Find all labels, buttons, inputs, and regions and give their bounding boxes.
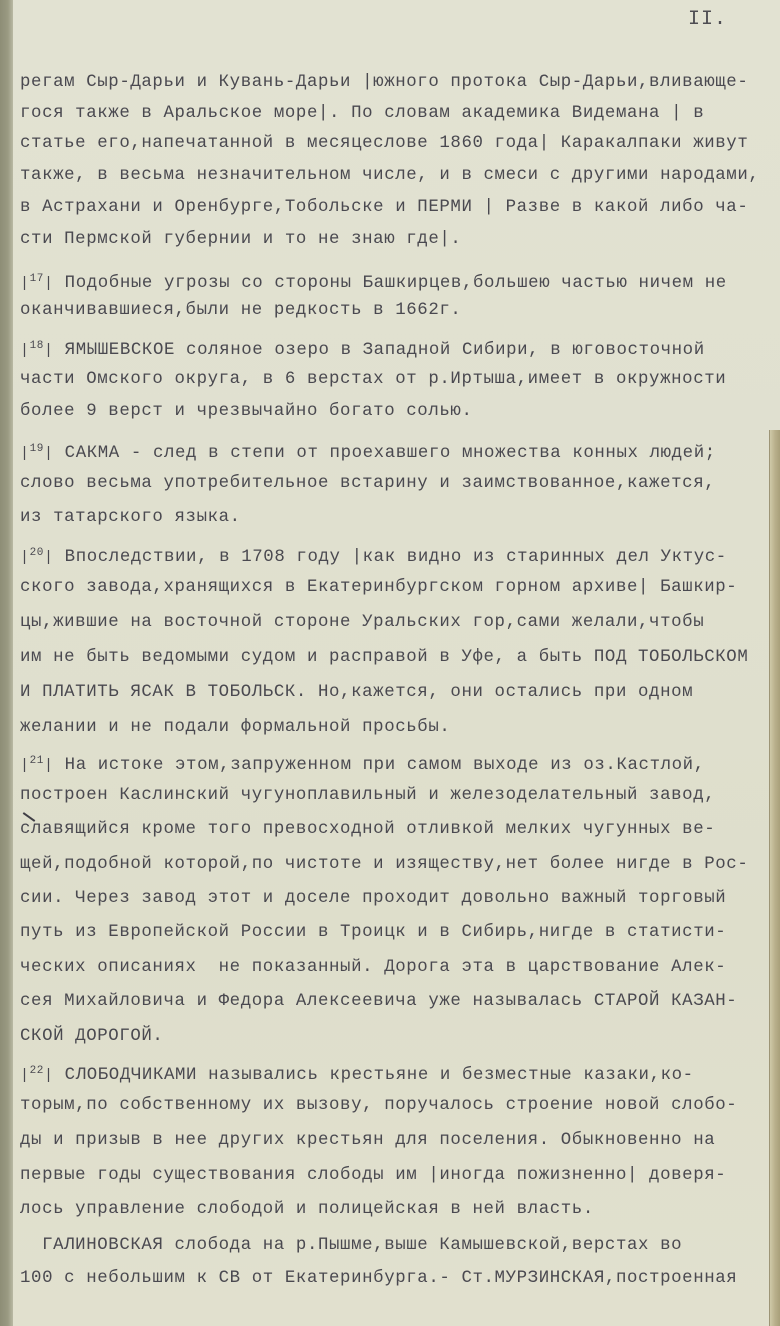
text-line: в Астрахани и Оренбурге,Тобольске и ПЕРМ…: [20, 198, 748, 218]
text-line: славящийся кроме того превосходной отлив…: [20, 820, 715, 840]
text-line: первые годы существования слободы им |ин…: [20, 1166, 726, 1186]
line-text: сии. Через завод этот и доселе проходит …: [20, 889, 726, 908]
line-text: И ПЛАТИТЬ ЯСАК В ТОБОЛЬСК. Но,кажется, о…: [20, 683, 693, 702]
text-line: ского завода,хранящихся в Екатеринбургск…: [20, 578, 737, 598]
footnote-line: |17| Подобные угрозы со стороны Башкирце…: [20, 269, 727, 294]
text-line: ГАЛИНОВСКАЯ слобода на р.Пышме,выше Камы…: [20, 1236, 682, 1256]
text-line: построен Каслинский чугуноплавильный и ж…: [20, 786, 715, 806]
scan-binding-edge: [0, 0, 13, 1326]
line-text: ческих описаниях не показанный. Дорога э…: [20, 958, 726, 977]
footnote-line: |20| Впоследствии, в 1708 году |как видн…: [20, 543, 727, 568]
line-text: СКОЙ ДОРОГОЙ.: [20, 1027, 163, 1046]
text-line: части Омского округа, в 6 верстах от р.И…: [20, 370, 726, 390]
line-text: статье его,напечатанной в месяцеслове 18…: [20, 134, 748, 153]
line-text: славящийся кроме того превосходной отлив…: [20, 820, 715, 839]
text-line: сти Пермской губернии и то не знаю где|.: [20, 230, 461, 250]
line-text: регам Сыр-Дарьи и Кувань-Дарьи |южного п…: [20, 73, 748, 92]
footnote-line: |18| ЯМЫШЕВСКОЕ соляное озеро в Западной…: [20, 336, 705, 361]
footnote-line: |22| СЛОБОДЧИКАМИ назывались крестьяне и…: [20, 1061, 694, 1086]
text-line: оканчивавшиеся,были не редкость в 1662г.: [20, 301, 461, 321]
text-line: цы,жившие на восточной стороне Уральских…: [20, 613, 704, 633]
text-line: торым,по собственному их вызову, поручал…: [20, 1096, 737, 1116]
line-text: путь из Европейской России в Троицк и в …: [20, 923, 726, 942]
line-text: построен Каслинский чугуноплавильный и ж…: [20, 786, 715, 805]
line-text: части Омского округа, в 6 верстах от р.И…: [20, 370, 726, 389]
line-text: лось управление слободой и полицейская в…: [20, 1200, 594, 1219]
line-text: ГАЛИНОВСКАЯ слобода на р.Пышме,выше Камы…: [20, 1236, 682, 1255]
line-text: торым,по собственному их вызову, поручал…: [20, 1096, 737, 1115]
text-line: слово весьма употребительное встарину и …: [20, 474, 715, 494]
line-text: сти Пермской губернии и то не знаю где|.: [20, 230, 461, 249]
footnote-marker: |18|: [20, 342, 54, 359]
line-text: оканчивавшиеся,были не редкость в 1662г.: [20, 301, 461, 320]
line-text: из татарского языка.: [20, 508, 241, 527]
line-text: более 9 верст и чрезвычайно богато солью…: [20, 402, 472, 421]
line-text: ЯМЫШЕВСКОЕ соляное озеро в Западной Сиби…: [54, 341, 705, 360]
text-line: путь из Европейской России в Троицк и в …: [20, 923, 726, 943]
text-line: регам Сыр-Дарьи и Кувань-Дарьи |южного п…: [20, 73, 748, 93]
line-text: им не быть ведомыми судом и расправой в …: [20, 648, 748, 667]
text-line: И ПЛАТИТЬ ЯСАК В ТОБОЛЬСК. Но,кажется, о…: [20, 683, 693, 703]
line-text: 100 с небольшим к СВ от Екатеринбурга.- …: [20, 1269, 737, 1288]
text-line: более 9 верст и чрезвычайно богато солью…: [20, 402, 472, 422]
text-line: щей,подобной которой,по чистоте и изящес…: [20, 855, 748, 875]
text-line: 100 с небольшим к СВ от Екатеринбурга.- …: [20, 1269, 737, 1289]
line-text: цы,жившие на восточной стороне Уральских…: [20, 613, 704, 632]
footnote-line: |21| На истоке этом,запруженном при само…: [20, 751, 705, 776]
line-text: также, в весьма незначительном числе, и …: [20, 166, 759, 185]
line-text: Впоследствии, в 1708 году |как видно из …: [54, 548, 727, 567]
text-line: также, в весьма незначительном числе, и …: [20, 166, 759, 186]
footnote-marker: |20|: [20, 549, 54, 566]
line-text: На истоке этом,запруженном при самом вых…: [54, 756, 705, 775]
footnote-marker: |19|: [20, 445, 54, 462]
text-line: сии. Через завод этот и доселе проходит …: [20, 889, 726, 909]
text-line: гося также в Аральское море|. По словам …: [20, 104, 704, 124]
line-text: первые годы существования слободы им |ин…: [20, 1166, 726, 1185]
line-text: САКМА - след в степи от проехавшего множ…: [54, 444, 716, 463]
line-text: ского завода,хранящихся в Екатеринбургск…: [20, 578, 737, 597]
footnote-marker: |17|: [20, 275, 54, 292]
footnote-marker: |22|: [20, 1067, 54, 1084]
text-line: ды и призыв в нее других крестьян для по…: [20, 1131, 715, 1151]
footnote-line: |19| САКМА - след в степи от проехавшего…: [20, 439, 716, 464]
line-text: Подобные угрозы со стороны Башкирцев,бол…: [54, 274, 727, 293]
text-line: ческих описаниях не показанный. Дорога э…: [20, 958, 726, 978]
line-text: гося также в Аральское море|. По словам …: [20, 104, 704, 123]
line-text: сея Михайловича и Федора Алексеевича уже…: [20, 992, 737, 1011]
text-line: желании и не подали формальной просьбы.: [20, 718, 450, 738]
text-line: из татарского языка.: [20, 508, 241, 528]
line-text: в Астрахани и Оренбурге,Тобольске и ПЕРМ…: [20, 198, 748, 217]
text-line: им не быть ведомыми судом и расправой в …: [20, 648, 748, 668]
text-line: статье его,напечатанной в месяцеслове 18…: [20, 134, 748, 154]
text-line: СКОЙ ДОРОГОЙ.: [20, 1027, 163, 1047]
text-line: лось управление слободой и полицейская в…: [20, 1200, 594, 1220]
text-line: сея Михайловича и Федора Алексеевича уже…: [20, 992, 737, 1012]
line-text: ды и призыв в нее других крестьян для по…: [20, 1131, 715, 1150]
scan-page-edge: [769, 430, 780, 1326]
line-text: желании и не подали формальной просьбы.: [20, 718, 450, 737]
line-text: щей,подобной которой,по чистоте и изящес…: [20, 855, 748, 874]
line-text: СЛОБОДЧИКАМИ назывались крестьяне и безм…: [54, 1066, 694, 1085]
line-text: слово весьма употребительное встарину и …: [20, 474, 715, 493]
footnote-marker: |21|: [20, 757, 54, 774]
page-number: II.: [688, 8, 727, 31]
